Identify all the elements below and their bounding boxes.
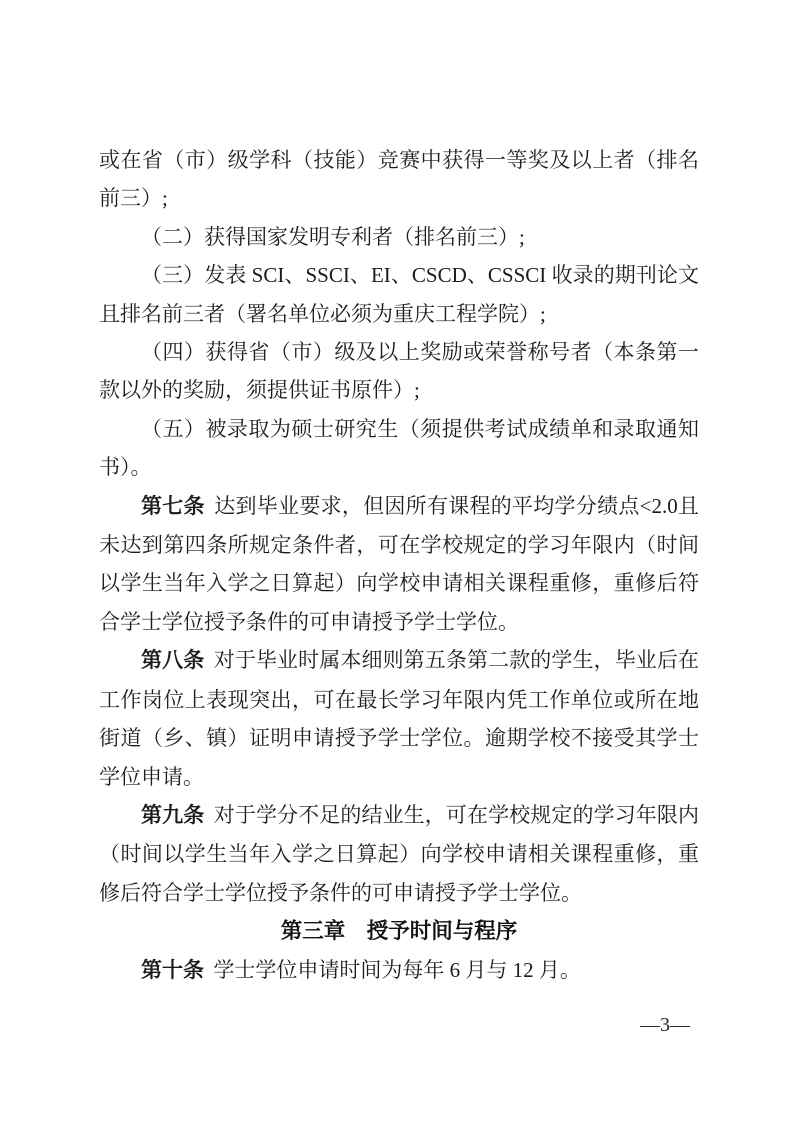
paragraph: 第七条达到毕业要求，但因所有课程的平均学分绩点<2.0且未达到第四条所规定条件者… (99, 487, 699, 642)
paragraph: （三）发表 SCI、SSCI、EI、CSCD、CSSCI 收录的期刊论文且排名前… (99, 256, 699, 333)
paragraph: 或在省（市）级学科（技能）竞赛中获得一等奖及以上者（排名前三）; (99, 141, 699, 218)
chapter-heading: 第三章 授予时间与程序 (99, 912, 699, 950)
article-number: 第八条 (141, 649, 204, 672)
paragraph-text: 学士学位申请时间为每年 6 月与 12 月。 (213, 958, 581, 982)
document-page: 或在省（市）级学科（技能）竞赛中获得一等奖及以上者（排名前三）;（二）获得国家发… (0, 0, 794, 1122)
paragraph: 第九条对于学分不足的结业生，可在学校规定的学习年限内（时间以学生当年入学之日算起… (99, 796, 699, 912)
paragraph: 第十条学士学位申请时间为每年 6 月与 12 月。 (99, 951, 699, 990)
article-number: 第七条 (141, 495, 205, 518)
article-number: 第九条 (141, 804, 204, 827)
paragraph: （二）获得国家发明专利者（排名前三）; (99, 218, 699, 256)
document-body: 或在省（市）级学科（技能）竞赛中获得一等奖及以上者（排名前三）;（二）获得国家发… (99, 141, 699, 990)
paragraph: 第八条对于毕业时属本细则第五条第二款的学生，毕业后在工作岗位上表现突出，可在最长… (99, 641, 699, 796)
paragraph: （四）获得省（市）级及以上奖励或荣誉称号者（本条第一款以外的奖励，须提供证书原件… (99, 333, 699, 410)
article-number: 第十条 (141, 959, 204, 982)
page-number: —3— (640, 1014, 690, 1037)
paragraph: （五）被录取为硕士研究生（须提供考试成绩单和录取通知书）。 (99, 410, 699, 487)
